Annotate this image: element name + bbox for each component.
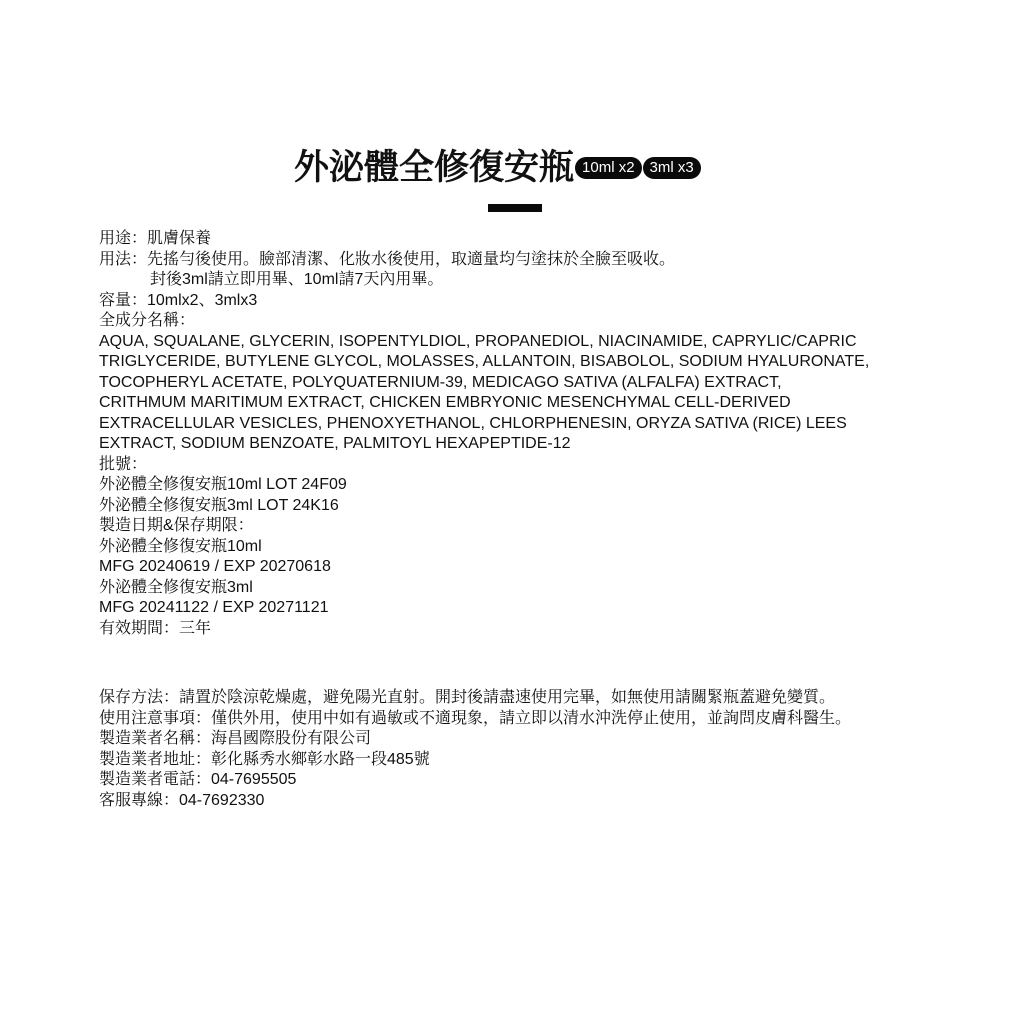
ingredients-label: 全成分名稱： xyxy=(99,311,979,332)
ingredients-line: TRIGLYCERIDE, BUTYLENE GLYCOL, MOLASSES,… xyxy=(99,352,979,373)
product-header: 外泌體全修復安瓶 10ml x2 3ml x3 xyxy=(294,146,701,190)
dates-line: MFG 20240619 / EXP 20270618 xyxy=(99,557,979,578)
product-info: 用途：肌膚保養 用法：先搖勻後使用。臉部清潔、化妝水後使用，取適量均勻塗抹於全臉… xyxy=(99,229,979,639)
ingredients-line: TOCOPHERYL ACETATE, POLYQUATERNIUM-39, M… xyxy=(99,373,979,394)
storage-line: 保存方法：請置於陰涼乾燥處，避免陽光直射。開封後請盡速使用完畢，如無使用請關緊瓶… xyxy=(99,688,979,709)
lot-line: 外泌體全修復安瓶10ml LOT 24F09 xyxy=(99,475,979,496)
method-line: 用法：先搖勻後使用。臉部清潔、化妝水後使用，取適量均勻塗抹於全臉至吸收。 xyxy=(99,250,979,271)
ingredients-line: EXTRACELLULAR VESICLES, PHENOXYETHANOL, … xyxy=(99,414,979,435)
badge-3ml: 3ml x3 xyxy=(643,157,701,179)
validity-line: 有效期間：三年 xyxy=(99,619,979,640)
lot-line: 外泌體全修復安瓶3ml LOT 24K16 xyxy=(99,496,979,517)
title-divider xyxy=(488,204,542,212)
lot-label: 批號： xyxy=(99,455,979,476)
ingredients-line: CRITHMUM MARITIMUM EXTRACT, CHICKEN EMBR… xyxy=(99,393,979,414)
badge-10ml: 10ml x2 xyxy=(575,157,642,179)
storage-and-maker-info: 保存方法：請置於陰涼乾燥處，避免陽光直射。開封後請盡速使用完畢，如無使用請關緊瓶… xyxy=(99,688,979,811)
maker-phone-line: 製造業者電話：04-7695505 xyxy=(99,770,979,791)
maker-address-line: 製造業者地址：彰化縣秀水鄉彰水路一段485號 xyxy=(99,750,979,771)
ingredients-line: AQUA, SQUALANE, GLYCERIN, ISOPENTYLDIOL,… xyxy=(99,332,979,353)
dates-line: 外泌體全修復安瓶3ml xyxy=(99,578,979,599)
maker-name-line: 製造業者名稱：海昌國際股份有限公司 xyxy=(99,729,979,750)
dates-label: 製造日期&保存期限： xyxy=(99,516,979,537)
usage-line: 用途：肌膚保養 xyxy=(99,229,979,250)
ingredients-line: EXTRACT, SODIUM BENZOATE, PALMITOYL HEXA… xyxy=(99,434,979,455)
dates-line: 外泌體全修復安瓶10ml xyxy=(99,537,979,558)
caution-line: 使用注意事項：僅供外用，使用中如有過敏或不適現象，請立即以清水沖洗停止使用，並詢… xyxy=(99,709,979,730)
service-phone-line: 客服專線：04-7692330 xyxy=(99,791,979,812)
method-line-cont: 封後3ml請立即用畢、10ml請7天內用畢。 xyxy=(99,270,979,291)
capacity-line: 容量：10mlx2、3mlx3 xyxy=(99,291,979,312)
dates-line: MFG 20241122 / EXP 20271121 xyxy=(99,598,979,619)
product-title: 外泌體全修復安瓶 xyxy=(294,146,574,190)
